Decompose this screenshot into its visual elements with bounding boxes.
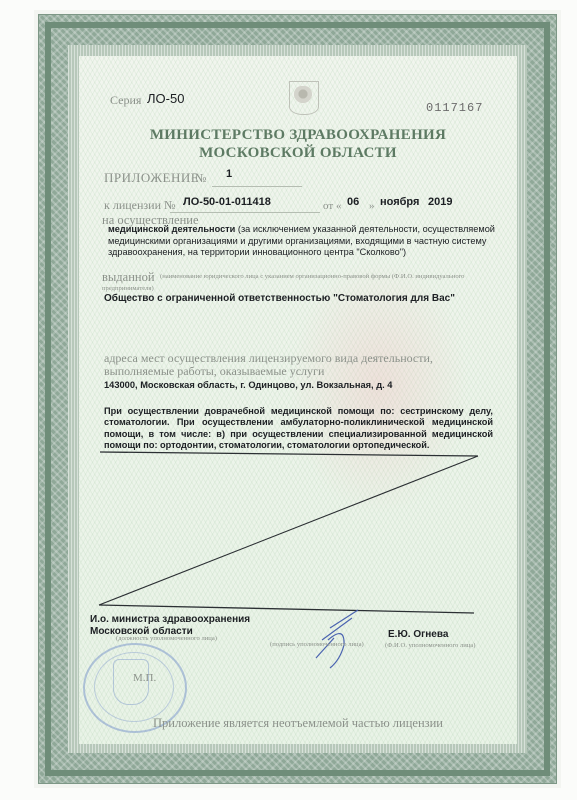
- issued-label: выданной: [102, 270, 155, 285]
- issued-hint: (наименование юридического лица с указан…: [160, 273, 464, 280]
- ministry-title-line-2: МОСКОВСКОЙ ОБЛАСТИ: [79, 145, 517, 162]
- date-from-label: от: [323, 200, 333, 212]
- series-value: ЛО-50: [147, 91, 184, 106]
- appendix-label: ПРИЛОЖЕНИЕ: [104, 170, 199, 186]
- date-quote-open: «: [336, 200, 342, 212]
- name-hint: (Ф.И.О. уполномоченного лица): [385, 642, 475, 649]
- address-label: адреса мест осуществления лицензируемого…: [104, 352, 504, 378]
- position-hint: (должность уполномоченного лица): [116, 635, 217, 642]
- stamp-place-label: М.П.: [133, 672, 156, 684]
- ministry-title-line-1: МИНИСТЕРСТВО ЗДРАВООХРАНЕНИЯ: [79, 127, 517, 144]
- signature-hint: (подпись уполномоченного лица): [270, 641, 364, 648]
- license-year: 2019: [428, 196, 452, 208]
- activity-description: медицинской деятельности (за исключением…: [108, 224, 508, 259]
- activity-bold: медицинской деятельности: [108, 224, 235, 234]
- license-number: ЛО-50-01-011418: [183, 196, 271, 208]
- signer-name: Е.Ю. Огнева: [388, 629, 448, 640]
- date-quote-close: »: [369, 200, 375, 212]
- services-description: При осуществлении доврачебной медицинско…: [104, 406, 493, 451]
- appendix-number-sign: №: [195, 171, 206, 186]
- form-number: 0117167: [426, 101, 483, 115]
- appendix-number: 1: [226, 168, 232, 180]
- license-month: ноября: [380, 196, 419, 208]
- footer-note: Приложение является неотъемлемой частью …: [79, 716, 517, 731]
- issued-hint-continued: предпринимателя): [102, 285, 154, 292]
- appendix-underline: [212, 186, 302, 187]
- license-day: 06: [347, 196, 359, 208]
- russian-coat-of-arms-icon: [289, 81, 319, 115]
- license-label: к лицензии №: [104, 198, 175, 213]
- organization-name: Общество с ограниченной ответственностью…: [104, 293, 455, 304]
- signer-title-line-1: И.о. министра здравоохранения: [90, 614, 250, 626]
- address-value: 143000, Московская область, г. Одинцово,…: [104, 380, 392, 390]
- series-label: Серия: [110, 93, 141, 108]
